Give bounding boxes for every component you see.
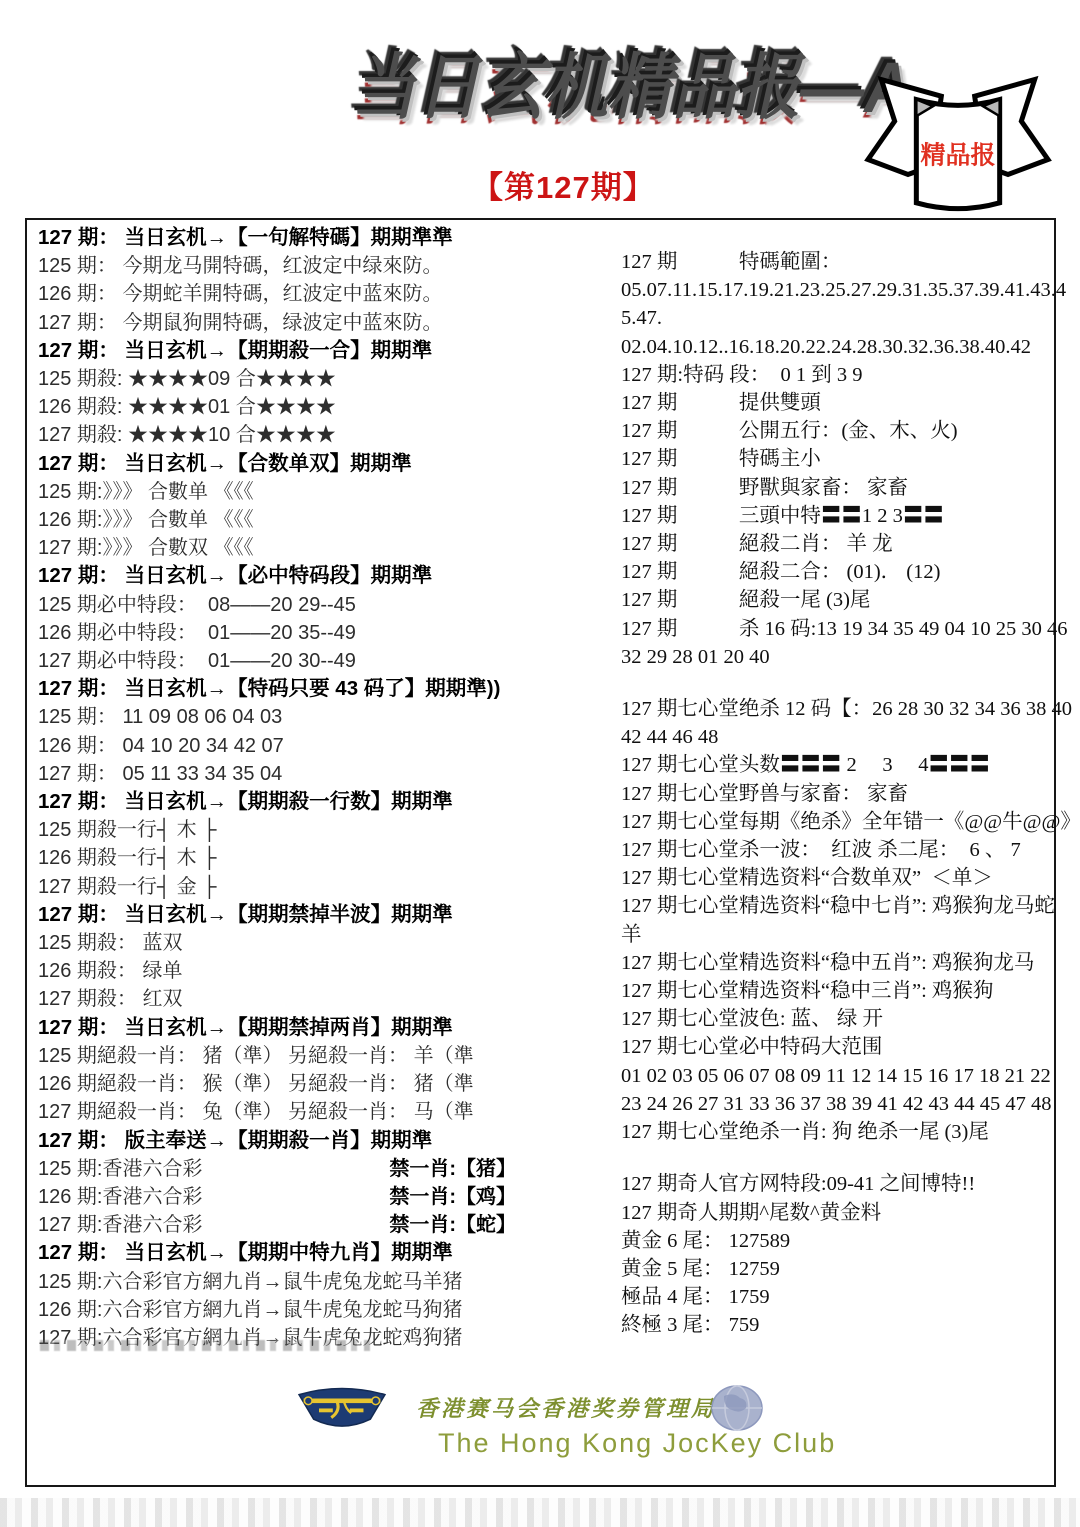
data-line: 127 期 三頭中特〓〓1 2 3〓〓 <box>621 502 1055 530</box>
data-line: 127 期七心堂精选资料“稳中五肖”: 鸡猴狗龙马 <box>621 949 1055 977</box>
data-line: 127 期七心堂绝杀 12 码【：26 28 30 32 34 36 38 40 <box>621 695 1055 723</box>
data-line: 羊 <box>621 921 1055 949</box>
clipped-text-remnant <box>40 1340 370 1351</box>
data-line: 127 期七心堂精选资料“稳中三肖”: 鸡猴狗 <box>621 977 1055 1005</box>
data-line: 黄金 6 尾： 127589 <box>621 1227 1055 1255</box>
data-line: 125 期:》》》 合數单 《《《 <box>38 478 538 506</box>
footer-org-english: The Hong Kong JocKey Club <box>438 1428 836 1459</box>
data-line: 127 期殺： 红双 <box>38 985 538 1013</box>
badge-label: 精品报 <box>920 141 995 170</box>
data-line: 127 期 特碼範圍： <box>621 248 1055 276</box>
data-line: 127 期七心堂每期《绝杀》全年错一《@@牛@@》 <box>621 808 1055 836</box>
section-header-line: 127 期： 当日玄机→【期期殺一合】期期準 <box>38 337 538 365</box>
data-line: 126 期:六合彩官方網九肖→鼠牛虎兔龙蛇马狗猪 <box>38 1296 538 1324</box>
data-line: 127 期絕殺一肖： 兔（準） 另絕殺一肖： 马（準 <box>38 1098 538 1126</box>
data-line: 126 期殺一行┤ 木 ├ <box>38 844 538 872</box>
data-line: 01 02 03 05 06 07 08 09 11 12 14 15 16 1… <box>621 1062 1055 1090</box>
data-line: 126 期殺: ★★★★01 合★★★★ <box>38 393 538 421</box>
data-line: 02.04.10.12..16.18.20.22.24.28.30.32.36.… <box>621 333 1055 361</box>
data-line: 127 期七心堂波色: 蓝、 绿 开 <box>621 1005 1055 1033</box>
section-header-line: 127 期： 当日玄机→【期期中特九肖】期期準 <box>38 1239 538 1267</box>
data-line: 05.07.11.15.17.19.21.23.25.27.29.31.35.3… <box>621 276 1055 304</box>
section-header-line: 127 期： 当日玄机→【一句解特碼】期期準準 <box>38 224 538 252</box>
data-line: 127 期殺一行┤ 金 ├ <box>38 873 538 901</box>
section-header-line: 127 期： 版主奉送→【期期殺一肖】期期準 <box>38 1127 538 1155</box>
blank-line <box>621 671 1055 695</box>
right-column: 127 期 特碼範圍：05.07.11.15.17.19.21.23.25.27… <box>621 248 1055 1340</box>
data-line: 127 期 提供雙頭 <box>621 389 1055 417</box>
data-line: 127 期七心堂绝杀一肖: 狗 绝杀一尾 (3)尾 <box>621 1118 1055 1146</box>
data-line: 126 期:香港六合彩禁一肖:【鸡】 <box>38 1183 516 1211</box>
data-line: 125 期:香港六合彩禁一肖:【猪】 <box>38 1155 516 1183</box>
data-line: 126 期殺： 绿单 <box>38 957 538 985</box>
data-line: 125 期： 11 09 08 06 04 03 <box>38 703 538 731</box>
data-line: 125 期絕殺一肖： 猪（準） 另絕殺一肖： 羊（準 <box>38 1042 538 1070</box>
page: 当日玄机精品报—A 精品报 【第127期】 127 期： 当日玄机→【一句解特碼… <box>0 0 1080 1527</box>
data-line: 極品 4 尾： 1759 <box>621 1283 1055 1311</box>
data-line: 126 期： 今期蛇羊開特碼，红波定中蓝來防。 <box>38 280 538 308</box>
line-right-part: 禁一肖:【蛇】 <box>389 1211 516 1239</box>
page-title: 当日玄机精品报—A <box>352 30 912 133</box>
data-line: 127 期： 05 11 33 34 35 04 <box>38 760 538 788</box>
section-header-line: 127 期： 当日玄机→【合数单双】期期準 <box>38 450 538 478</box>
section-header-line: 127 期： 当日玄机→【必中特码段】期期準 <box>38 562 538 590</box>
data-line: 127 期 絕殺一尾 (3)尾 <box>621 586 1055 614</box>
data-line: 125 期必中特段： 08——20 29--45 <box>38 591 538 619</box>
data-line: 127 期殺: ★★★★10 合★★★★ <box>38 421 538 449</box>
data-line: 127 期： 今期鼠狗開特碼，绿波定中蓝來防。 <box>38 309 538 337</box>
data-line: 127 期:香港六合彩禁一肖:【蛇】 <box>38 1211 516 1239</box>
data-line: 126 期絕殺一肖： 猴（準） 另絕殺一肖： 猪（準 <box>38 1070 538 1098</box>
data-line: 125 期： 今期龙马開特碼，红波定中绿來防。 <box>38 252 538 280</box>
line-right-part: 禁一肖:【猪】 <box>389 1155 516 1183</box>
data-line: 127 期七心堂精选资料“合数单双” ＜单＞ <box>621 864 1055 892</box>
data-line: 終極 3 尾： 759 <box>621 1311 1055 1339</box>
scan-noise-strip <box>0 1498 1080 1527</box>
data-line: 127 期奇人官方网特段:09-41 之间博特!! <box>621 1170 1055 1198</box>
data-line: 127 期奇人期期^尾数^黄金料 <box>621 1199 1055 1227</box>
data-line: 23 24 26 27 31 33 36 37 38 39 41 42 43 4… <box>621 1090 1055 1118</box>
section-header-line: 127 期： 当日玄机→【期期禁掉半波】期期準 <box>38 901 538 929</box>
data-line: 127 期必中特段： 01——20 30--49 <box>38 647 538 675</box>
issue-number: 【第127期】 <box>472 162 655 207</box>
data-line: 5.47. <box>621 304 1055 332</box>
jockey-club-emblem-icon <box>296 1386 388 1434</box>
line-left-part: 126 期:香港六合彩 <box>38 1183 202 1211</box>
line-left-part: 125 期:香港六合彩 <box>38 1155 202 1183</box>
data-line: 127 期七心堂必中特码大范围 <box>621 1033 1055 1061</box>
data-line: 127 期:特码 段： 0 1 到 3 9 <box>621 361 1055 389</box>
data-line: 127 期 野獸與家畜： 家畜 <box>621 474 1055 502</box>
data-line: 127 期七心堂杀一波： 红波 杀二尾： 6 、 7 <box>621 836 1055 864</box>
data-line: 127 期 杀 16 码:13 19 34 35 49 04 10 25 30 … <box>621 615 1055 643</box>
data-line: 127 期 絕殺二肖： 羊 龙 <box>621 530 1055 558</box>
data-line: 32 29 28 01 20 40 <box>621 643 1055 671</box>
data-line: 黄金 5 尾： 12759 <box>621 1255 1055 1283</box>
data-line: 127 期七心堂头数〓〓〓 2 3 4〓〓〓 <box>621 751 1055 779</box>
data-line: 42 44 46 48 <box>621 723 1055 751</box>
data-line: 127 期 公開五行：(金、木、火) <box>621 417 1055 445</box>
data-line: 127 期七心堂野兽与家畜： 家畜 <box>621 780 1055 808</box>
data-line: 125 期殺: ★★★★09 合★★★★ <box>38 365 538 393</box>
section-header-line: 127 期： 当日玄机→【期期殺一行数】期期準 <box>38 788 538 816</box>
data-line: 125 期:六合彩官方網九肖→鼠牛虎兔龙蛇马羊猪 <box>38 1268 538 1296</box>
left-column: 127 期： 当日玄机→【一句解特碼】期期準準125 期： 今期龙马開特碼，红波… <box>38 224 538 1352</box>
footer-org-chinese: 香港赛马会香港奖券管理局 <box>416 1396 676 1422</box>
data-line: 126 期:》》》 合數单 《《《 <box>38 506 538 534</box>
data-line: 127 期七心堂精选资料“稳中七肖”: 鸡猴狗龙马蛇 <box>621 892 1055 920</box>
data-line: 125 期殺： 蓝双 <box>38 929 538 957</box>
data-line: 127 期:》》》 合數双 《《《 <box>38 534 538 562</box>
data-line: 126 期必中特段： 01——20 35--49 <box>38 619 538 647</box>
globe-icon <box>710 1384 764 1432</box>
line-left-part: 127 期:香港六合彩 <box>38 1211 202 1239</box>
ribbon-badge-icon: 精品报 <box>858 58 1058 236</box>
blank-line <box>621 1146 1055 1170</box>
data-line: 126 期： 04 10 20 34 42 07 <box>38 732 538 760</box>
data-line: 127 期 絕殺二合： (01)． (12) <box>621 558 1055 586</box>
section-header-line: 127 期： 当日玄机→【期期禁掉两肖】期期準 <box>38 1014 538 1042</box>
section-header-line: 127 期： 当日玄机→【特码只要 43 码了】期期準)) <box>38 675 538 703</box>
line-right-part: 禁一肖:【鸡】 <box>389 1183 516 1211</box>
data-line: 127 期 特碼主小 <box>621 445 1055 473</box>
data-line: 125 期殺一行┤ 木 ├ <box>38 816 538 844</box>
